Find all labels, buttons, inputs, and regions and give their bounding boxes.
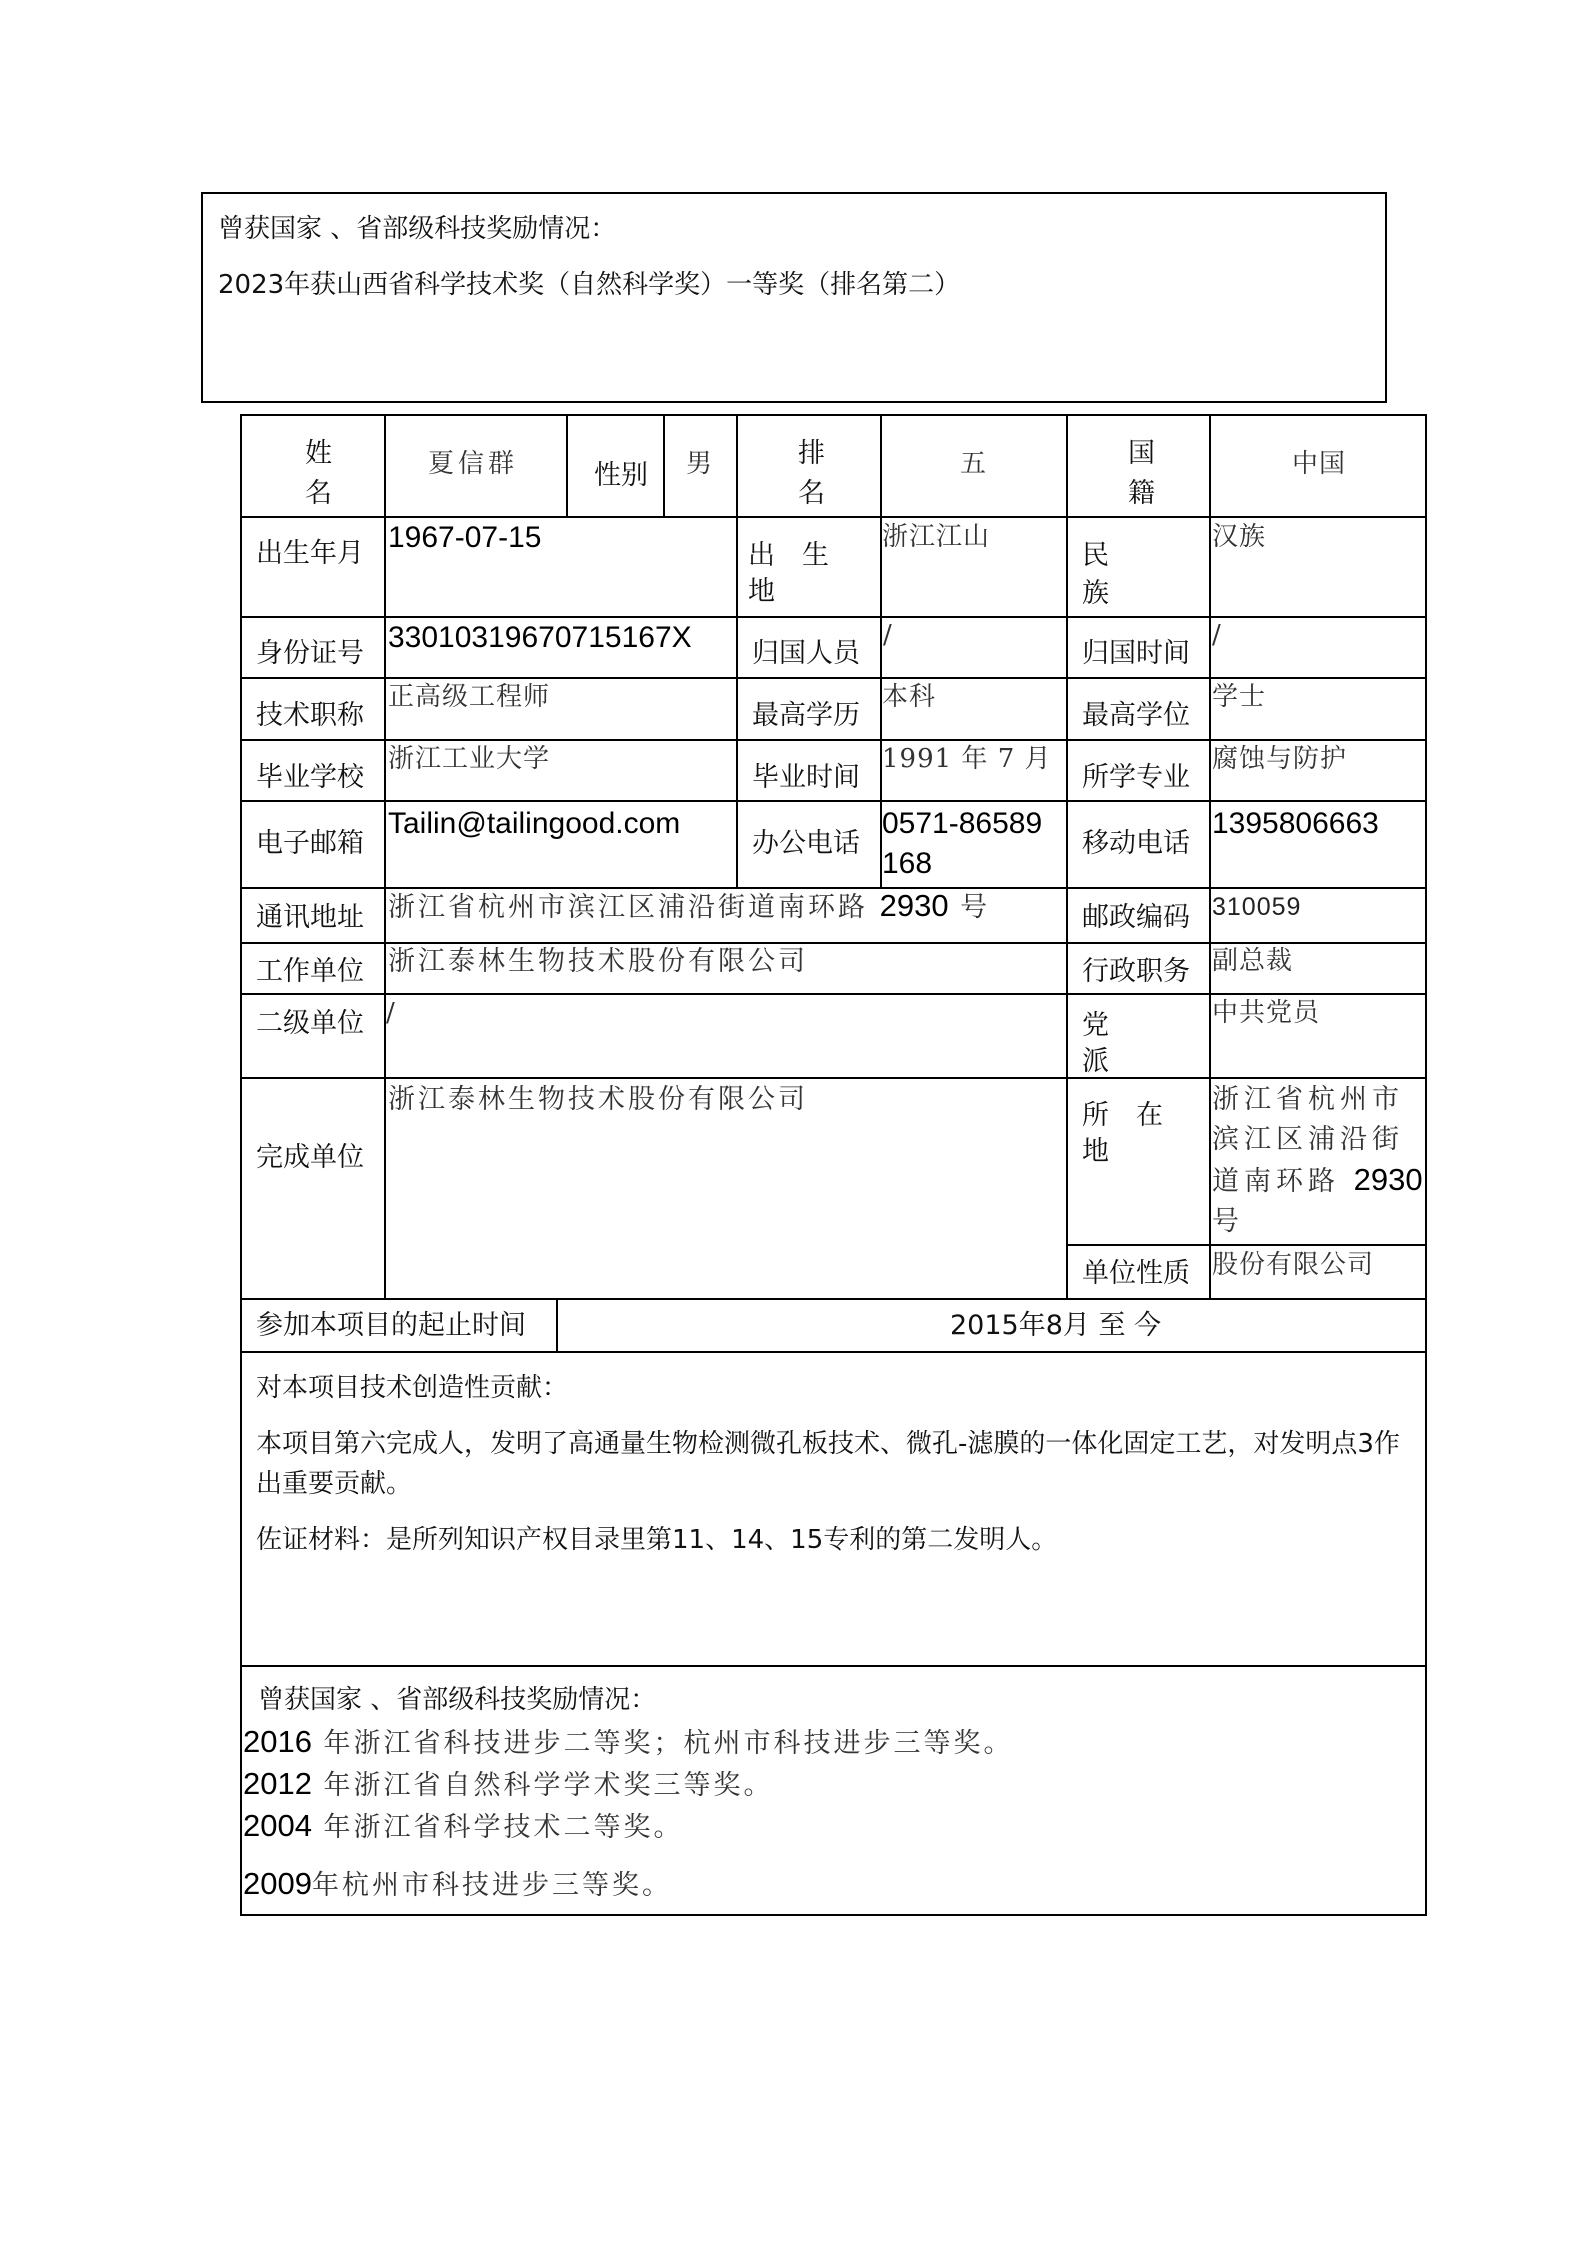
location-value: 浙江省杭州市滨江区浦沿街道南环路 2930号 (1212, 1080, 1423, 1242)
unit-nature-label: 单位性质 (1082, 1256, 1190, 1292)
rank-label-2: 名 (798, 476, 825, 512)
ethnicity-value: 汉族 (1212, 520, 1266, 554)
completing-unit-value: 浙江泰林生物技术股份有限公司 (388, 1080, 808, 1120)
tech-title-label: 技术职称 (256, 698, 364, 734)
awards-heading: 曾获国家 、省部级科技奖励情况： (258, 1680, 656, 1720)
office-phone-value: 0571-86589168 (882, 804, 1042, 884)
tech-title-value: 正高级工程师 (388, 680, 550, 714)
name-label: 姓 (305, 436, 332, 472)
award-item: 2004 年浙江省科学技术二等奖。 (243, 1806, 684, 1848)
employer-value: 浙江泰林生物技术股份有限公司 (388, 942, 808, 982)
location-label-2: 地 (1082, 1134, 1109, 1170)
rank-label: 排 (798, 436, 825, 472)
party-label-2: 派 (1082, 1044, 1109, 1080)
id-number-label: 身份证号 (256, 636, 364, 672)
sub-unit-label: 二级单位 (256, 1006, 364, 1042)
prior-awards-heading: 曾获国家 、省部级科技奖励情况： (218, 209, 616, 249)
nationality-label-2: 籍 (1128, 476, 1155, 512)
admin-post-label: 行政职务 (1082, 954, 1190, 990)
postcode-value: 310059 (1212, 890, 1301, 924)
ethnicity-label: 民 (1082, 538, 1109, 574)
major-label: 所学专业 (1082, 760, 1190, 796)
gender-value: 男 (686, 447, 713, 481)
postcode-label: 邮政编码 (1082, 900, 1190, 936)
award-item: 2009年杭州市科技进步三等奖。 (243, 1864, 672, 1906)
period-value: 2015年8月 至 今 (950, 1308, 1161, 1344)
mobile-value: 1395806663 (1212, 804, 1379, 844)
school-label: 毕业学校 (256, 760, 364, 796)
admin-post-value: 副总裁 (1212, 944, 1293, 978)
degree-value: 学士 (1212, 680, 1266, 714)
address-value: 浙江省杭州市滨江区浦沿街道南环路 2930 号 (388, 886, 990, 928)
rank-value: 五 (960, 447, 987, 481)
office-phone-label: 办公电话 (752, 826, 860, 862)
location-label: 所 在 (1082, 1098, 1163, 1134)
sub-unit-value: / (386, 996, 396, 1030)
completing-unit-label: 完成单位 (256, 1140, 364, 1176)
email-value: Tailin@tailingood.com (388, 804, 680, 844)
returnee-value: / (883, 618, 893, 652)
ethnicity-label-2: 族 (1082, 576, 1109, 612)
unit-nature-value: 股份有限公司 (1212, 1248, 1374, 1282)
period-label: 参加本项目的起止时间 (256, 1308, 526, 1344)
school-value: 浙江工业大学 (388, 742, 550, 776)
id-number-value: 33010319670715167X (388, 618, 692, 658)
birth-place-value: 浙江江山 (882, 520, 990, 554)
return-time-value: / (1212, 618, 1222, 652)
returnee-label: 归国人员 (752, 636, 860, 672)
party-label: 党 (1082, 1008, 1109, 1044)
grad-time-label: 毕业时间 (752, 760, 860, 796)
name-label-2: 名 (305, 476, 332, 512)
birth-date-value: 1967-07-15 (388, 518, 541, 558)
award-item: 2016 年浙江省科技进步二等奖；杭州市科技进步三等奖。 (243, 1722, 1014, 1764)
contribution-paragraph-line2: 出重要贡献。 (256, 1464, 412, 1504)
email-label: 电子邮箱 (256, 826, 364, 862)
contribution-heading: 对本项目技术创造性贡献： (256, 1368, 568, 1408)
contribution-paragraph-line1: 本项目第六完成人，发明了高通量生物检测微孔板技术、微孔-滤膜的一体化固定工艺，对… (256, 1424, 1400, 1464)
mobile-label: 移动电话 (1082, 826, 1190, 862)
grad-time-value: 1991 年 7 月 (882, 742, 1052, 776)
major-value: 腐蚀与防护 (1212, 742, 1347, 776)
name-value: 夏信群 (428, 447, 518, 481)
address-label: 通讯地址 (256, 900, 364, 936)
award-item: 2012 年浙江省自然科学学术奖三等奖。 (243, 1764, 774, 1806)
employer-label: 工作单位 (256, 954, 364, 990)
nationality-value: 中国 (1292, 447, 1346, 481)
birth-date-label: 出生年月 (256, 536, 364, 572)
education-label: 最高学历 (752, 698, 860, 734)
return-time-label: 归国时间 (1082, 636, 1190, 672)
prior-awards-line: 2023年获山西省科学技术奖（自然科学奖）一等奖（排名第二） (218, 265, 960, 305)
birth-place-label-2: 地 (748, 574, 775, 610)
nationality-label: 国 (1128, 436, 1155, 472)
evidence-text: 佐证材料：是所列知识产权目录里第11、14、15专利的第二发明人。 (256, 1520, 1057, 1560)
party-value: 中共党员 (1212, 996, 1320, 1030)
degree-label: 最高学位 (1082, 698, 1190, 734)
education-value: 本科 (882, 680, 936, 714)
gender-label: 性别 (594, 458, 648, 494)
birth-place-label: 出 生 (748, 538, 829, 574)
